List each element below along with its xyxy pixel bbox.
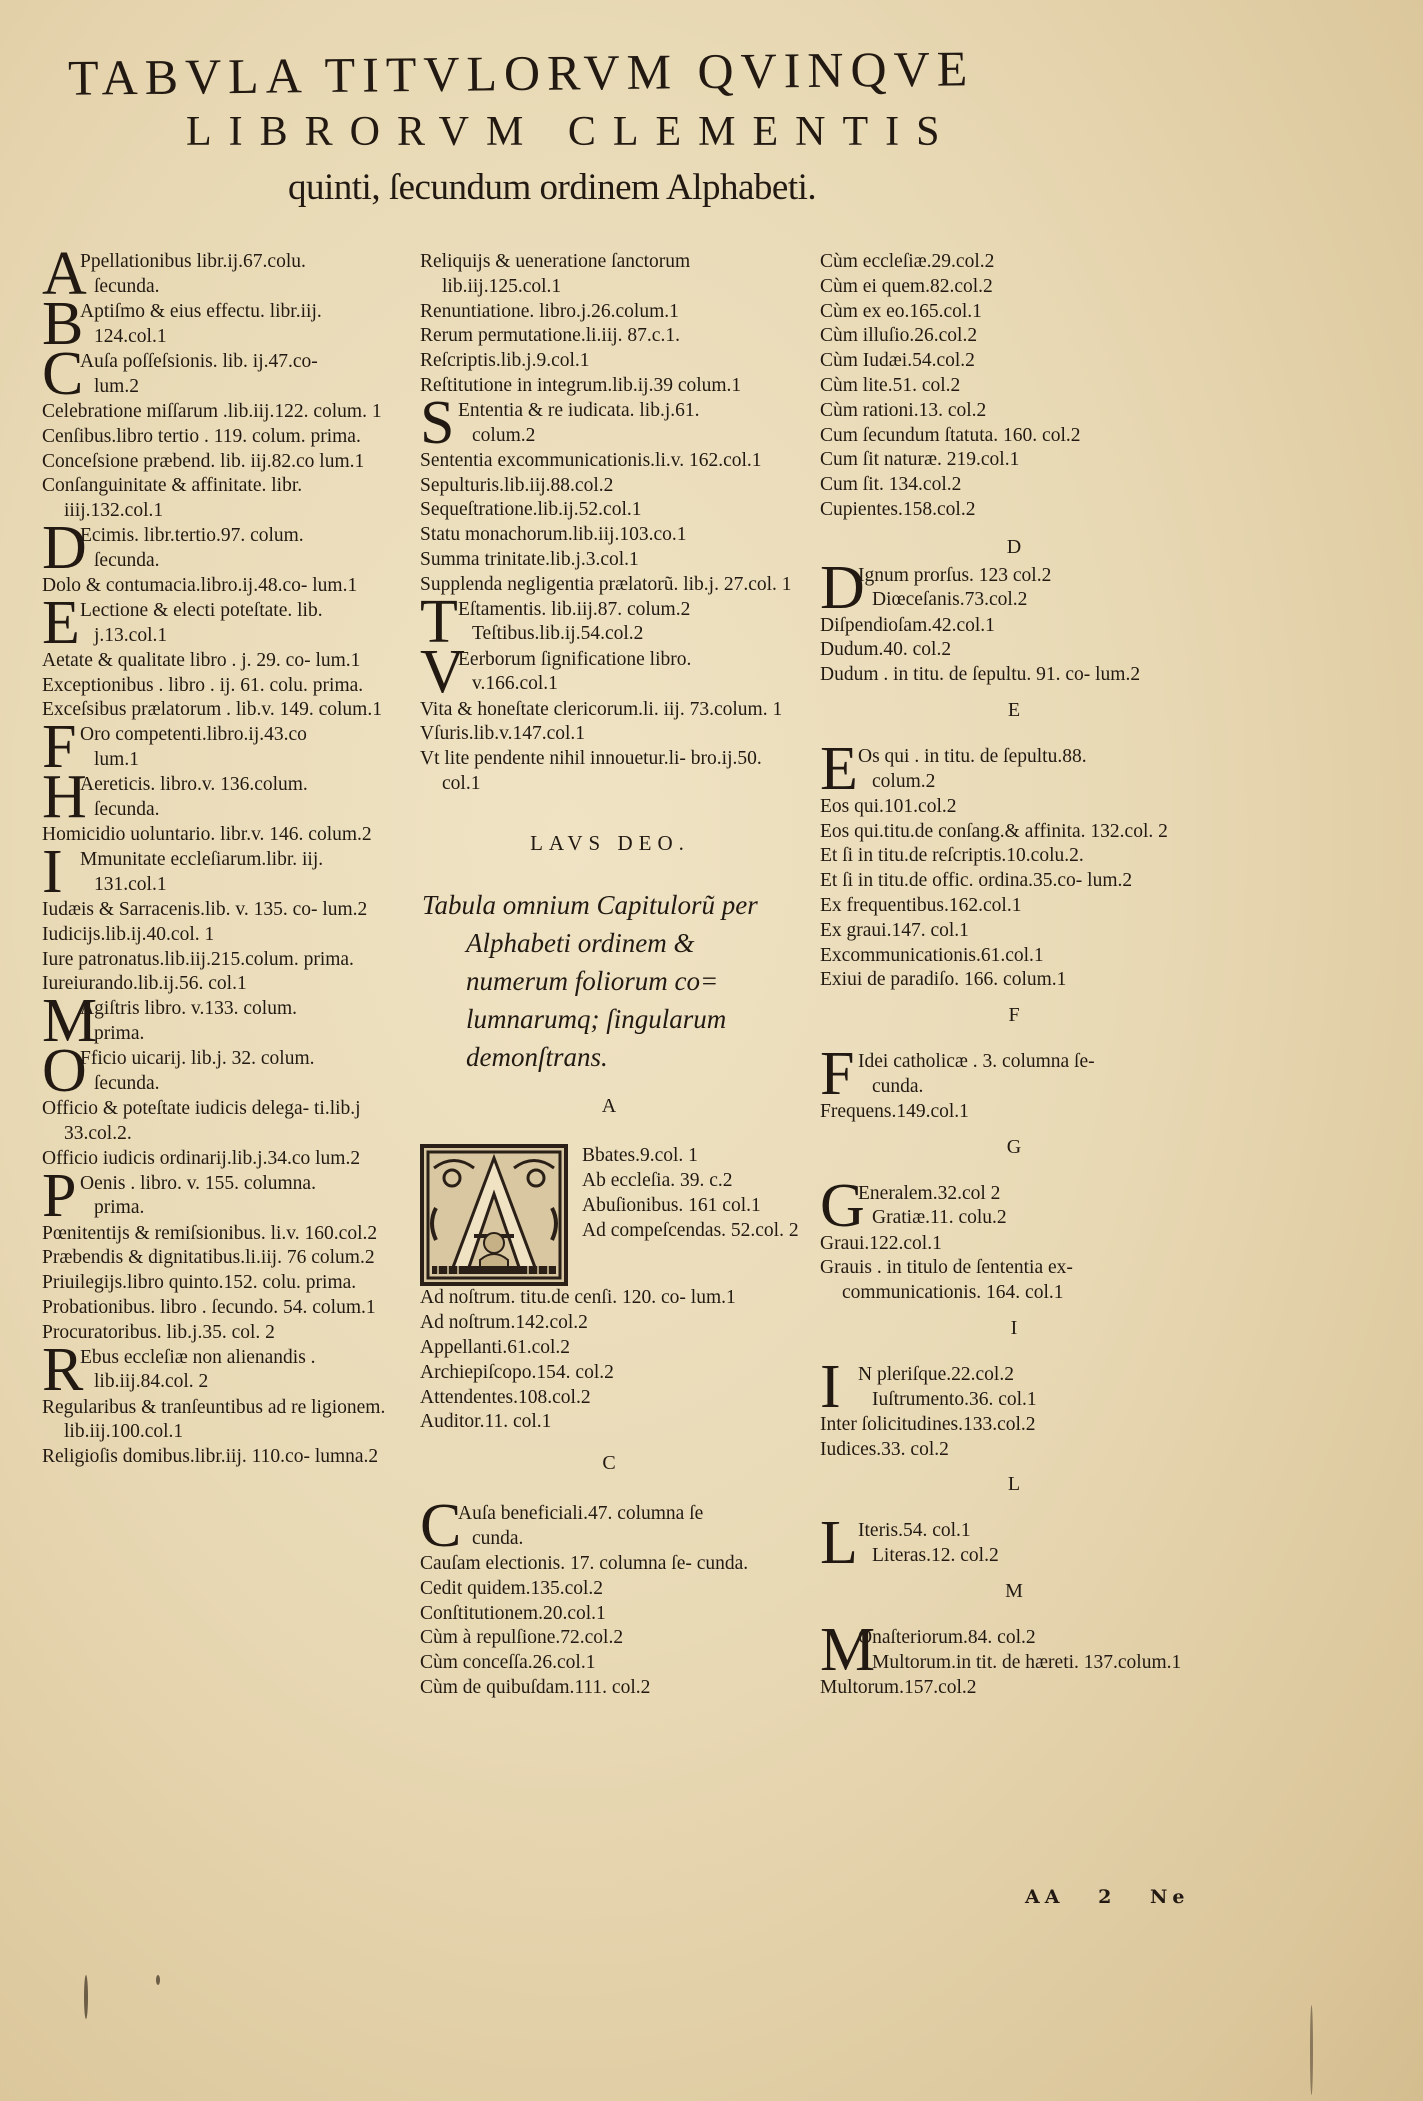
drop-cap-initial: R	[42, 1344, 83, 1396]
section-letter-e: E	[820, 698, 1210, 723]
entry-first-line: Eerborum ſignificatione libro.	[458, 649, 691, 670]
entry-first-line: Eſtamentis. lib.iij.87. colum.2	[458, 599, 690, 620]
drop-cap-initial: O	[42, 1045, 87, 1097]
entry-continuation: cunda.	[858, 1075, 1210, 1100]
index-entry-with-initial: MAgiſtris libro. v.133. colum.prima.	[42, 997, 402, 1047]
entry-first-line: Auſa beneficiali.47. columna ſe	[458, 1503, 703, 1524]
index-entry: Eos qui.101.col.2	[820, 795, 1210, 820]
index-entry: Graui.122.col.1	[820, 1232, 1210, 1257]
index-entry: Cùm conceſſa.26.col.1	[420, 1651, 800, 1676]
entry-continuation: Literas.12. col.2	[858, 1544, 1210, 1569]
index-entry: Iudæis & Sarracenis.lib. v. 135. co- lum…	[42, 898, 402, 923]
catchword: Ne	[1150, 1886, 1189, 1908]
entry-continuation: 131.col.1	[80, 873, 402, 898]
index-entry-with-initial: CAuſa poſſeſsionis. lib. ij.47.co-lum.2	[42, 350, 402, 400]
index-entry-with-initial: MOnaſteriorum.84. col.2Multorum.in tit. …	[820, 1626, 1210, 1676]
index-entry: Grauis . in titulo de ſententia ex- comm…	[820, 1256, 1210, 1306]
index-entry: Pœnitentijs & remiſsionibus. li.v. 160.c…	[42, 1222, 402, 1247]
section-letter-g: G	[820, 1135, 1210, 1160]
section-a-list: Ad noſtrum. titu.de cenſi. 120. co- lum.…	[420, 1286, 800, 1435]
index-entry: Diſpendioſam.42.col.1	[820, 614, 1210, 639]
entry-first-line: N pleriſque.22.col.2	[858, 1364, 1014, 1385]
entry-first-line: Os qui . in titu. de ſepultu.88.	[858, 746, 1087, 767]
entry-first-line: Iteris.54. col.1	[858, 1520, 971, 1541]
index-entry: Ex frequentibus.162.col.1	[820, 894, 1210, 919]
entry-first-line: Fficio uicarij. lib.j. 32. colum.	[80, 1048, 315, 1069]
index-column-1: APpellationibus libr.ij.67.colu.ſecunda.…	[42, 250, 402, 1470]
entry-continuation: ſecunda.	[80, 275, 402, 300]
index-entry: Multorum.157.col.2	[820, 1676, 1210, 1701]
index-entry: Officio & poteſtate iudicis delega- ti.l…	[42, 1097, 402, 1147]
index-entry: Regularibus & tranſeuntibus ad re ligion…	[42, 1396, 402, 1446]
index-entry: Archiepiſcopo.154. col.2	[420, 1361, 800, 1386]
entry-continuation: ſecunda.	[80, 549, 402, 574]
index-entry: Cum ſit. 134.col.2	[820, 473, 1210, 498]
entry-first-line: Oenis . libro. v. 155. columna.	[80, 1173, 316, 1194]
section-c-list: CAuſa beneficiali.47. columna ſecunda.Ca…	[420, 1502, 800, 1701]
drop-cap-initial: L	[820, 1517, 858, 1569]
index-entry: Excommunicationis.61.col.1	[820, 944, 1210, 969]
index-entry-with-initial: HAereticis. libro.v. 136.colum.ſecunda.	[42, 773, 402, 823]
index-entry: Præbendis & dignitatibus.li.iij. 76 colu…	[42, 1246, 402, 1271]
index-entry: Aetate & qualitate libro . j. 29. co- lu…	[42, 649, 402, 674]
index-entry: Et ſi in titu.de offic. ordina.35.co- lu…	[820, 869, 1210, 894]
entry-first-line: Ppellationibus libr.ij.67.colu.	[80, 251, 306, 272]
index-entry: Religioſis domibus.libr.iij. 110.co- lum…	[42, 1445, 402, 1470]
section-letter-d: D	[820, 535, 1210, 560]
entry-continuation: Multorum.in tit. de hæreti. 137.colum.1	[858, 1651, 1210, 1676]
index-entry-with-initial: IMmunitate eccleſiarum.libr. iij.131.col…	[42, 848, 402, 898]
index-entry: Inter ſolicitudines.133.col.2	[820, 1413, 1210, 1438]
index-entry: Cùm Iudæi.54.col.2	[820, 349, 1210, 374]
index-entry: Appellanti.61.col.2	[420, 1336, 800, 1361]
index-entry-with-initial: LIteris.54. col.1Literas.12. col.2	[820, 1519, 1210, 1569]
index-entry: Cùm ex eo.165.col.1	[820, 300, 1210, 325]
index-entry-with-initial: ELectione & electi poteſtate. lib.j.13.c…	[42, 599, 402, 649]
entry-first-line: Ebus eccleſiæ non alienandis .	[80, 1347, 316, 1368]
index-entry: Dudum . in titu. de ſepultu. 91. co- lum…	[820, 663, 1210, 688]
entry-continuation: prima.	[80, 1022, 402, 1047]
signature-aa2: AA 2	[1025, 1886, 1116, 1908]
index-entry-with-initial: EOs qui . in titu. de ſepultu.88.colum.2	[820, 745, 1210, 795]
entry-first-line: Oro competenti.libro.ij.43.co	[80, 724, 307, 745]
index-entry-with-initial: FIdei catholicæ . 3. columna ſe-cunda.	[820, 1050, 1210, 1100]
woodcut-initial-block: Bbates.9.col. 1Ab eccleſia. 39. c.2Abuſi…	[420, 1144, 800, 1286]
index-entry: Conceſsione præbend. lib. iij.82.co lum.…	[42, 450, 402, 475]
index-entry: Iure patronatus.lib.iij.215.colum. prima…	[42, 948, 402, 973]
drop-cap-initial: C	[420, 1500, 461, 1552]
entry-continuation: Diœceſanis.73.col.2	[858, 588, 1210, 613]
entry-continuation: prima.	[80, 1196, 402, 1221]
entry-continuation: lib.iij.84.col. 2	[80, 1370, 402, 1395]
index-column-3: Cùm eccleſiæ.29.col.2Cùm ei quem.82.col.…	[820, 250, 1210, 1701]
entry-first-line: Ecimis. libr.tertio.97. colum.	[80, 525, 304, 546]
book-page: TABVLA TITVLORVM QVINQVE LIBRORVM CLEMEN…	[0, 0, 1423, 2101]
entry-first-line: Ententia & re iudicata. lib.j.61.	[458, 400, 700, 421]
drop-cap-initial: G	[820, 1180, 865, 1232]
index-entry: Cùm de quibuſdam.111. col.2	[420, 1676, 800, 1701]
entry-first-line: Mmunitate eccleſiarum.libr. iij.	[80, 849, 323, 870]
index-entry: Exiui de paradiſo. 166. colum.1	[820, 968, 1210, 993]
index-entry: Dudum.40. col.2	[820, 638, 1210, 663]
index-entry-with-initial: FOro competenti.libro.ij.43.colum.1	[42, 723, 402, 773]
drop-cap-initial: M	[820, 1624, 875, 1676]
index-entry: Cum ſit naturæ. 219.col.1	[820, 448, 1210, 473]
entry-continuation: j.13.col.1	[80, 624, 402, 649]
section-letter-l: L	[820, 1472, 1210, 1497]
index-entry: Vt lite pendente nihil innouetur.li- bro…	[420, 747, 800, 797]
drop-cap-initial: C	[42, 348, 83, 400]
section-letter-m: M	[820, 1579, 1210, 1604]
entry-first-line: Eneralem.32.col 2	[858, 1183, 1000, 1204]
title-line-1: TABVLA TITVLORVM QVINQVE	[68, 39, 975, 106]
section-letter-i: I	[820, 1316, 1210, 1341]
drop-cap-initial: P	[42, 1170, 76, 1222]
index-entry: Sententia excommunicationis.li.v. 162.co…	[420, 449, 800, 474]
drop-cap-initial: V	[420, 646, 465, 698]
drop-cap-initial: F	[820, 1048, 854, 1100]
index-entry: Cùm lite.51. col.2	[820, 374, 1210, 399]
index-entry-with-initial: BAptiſmo & eius effectu. libr.iij.124.co…	[42, 300, 402, 350]
woodcut-initial-a-icon	[420, 1144, 568, 1286]
index-entry: Sepulturis.lib.iij.88.col.2	[420, 474, 800, 499]
index-entry: Vſuris.lib.v.147.col.1	[420, 722, 800, 747]
drop-cap-initial: D	[42, 522, 87, 574]
index-entry: Cùm eccleſiæ.29.col.2	[820, 250, 1210, 275]
closing-laus-deo: LAVS DEO.	[420, 831, 800, 856]
index-entry-with-initial: VEerborum ſignificatione libro.v.166.col…	[420, 648, 800, 698]
entry-continuation: lum.1	[80, 748, 402, 773]
index-entry: Ex graui.147. col.1	[820, 919, 1210, 944]
ink-mark	[84, 1975, 88, 2019]
index-entry: Cenſibus.libro tertio . 119. colum. prim…	[42, 425, 402, 450]
ornamental-letter-a-icon	[424, 1148, 564, 1282]
index-entry-with-initial: OFficio uicarij. lib.j. 32. colum.ſecund…	[42, 1047, 402, 1097]
index-entry: Cauſam electionis. 17. columna ſe- cunda…	[420, 1552, 800, 1577]
entry-continuation: Teſtibus.lib.ij.54.col.2	[458, 622, 800, 647]
index-entry: Sequeſtratione.lib.ij.52.col.1	[420, 498, 800, 523]
index-entry: Conſanguinitate & affinitate. libr. iiij…	[42, 474, 402, 524]
index-entry: Homicidio uoluntario. libr.v. 146. colum…	[42, 823, 402, 848]
entry-first-line: Agiſtris libro. v.133. colum.	[80, 998, 297, 1019]
index-entry: Procuratoribus. lib.j.35. col. 2	[42, 1321, 402, 1346]
entry-continuation: Iuſtrumento.36. col.1	[858, 1388, 1210, 1413]
index-entry: Abuſionibus. 161 col.1	[582, 1194, 799, 1219]
index-entry: Probationibus. libro . ſecundo. 54. colu…	[42, 1296, 402, 1321]
index-entry-with-initial: SEntentia & re iudicata. lib.j.61.colum.…	[420, 399, 800, 449]
index-entry: Cùm rationi.13. col.2	[820, 399, 1210, 424]
index-entry: Vita & honeſtate clericorum.li. iij. 73.…	[420, 698, 800, 723]
entry-first-line: Auſa poſſeſsionis. lib. ij.47.co-	[80, 351, 318, 372]
index-entry-with-initial: CAuſa beneficiali.47. columna ſecunda.	[420, 1502, 800, 1552]
index-entry-with-initial: TEſtamentis. lib.iij.87. colum.2Teſtibus…	[420, 598, 800, 648]
index-entry: Reſtitutione in integrum.lib.ij.39 colum…	[420, 374, 800, 399]
index-entry: Rerum permutatione.li.iij. 87.c.1.	[420, 324, 800, 349]
chapter-table-heading: Tabula omnium Capitulorũ per Alphabeti o…	[420, 886, 800, 1076]
index-entry: Ad noſtrum.142.col.2	[420, 1311, 800, 1336]
printer-signature-mark: AA 2 Ne	[1025, 1886, 1189, 1908]
index-entry: Cùm à repulſione.72.col.2	[420, 1626, 800, 1651]
drop-cap-initial: S	[420, 397, 454, 449]
index-entry: Ad compeſcendas. 52.col. 2	[582, 1219, 799, 1244]
entry-continuation: colum.2	[858, 770, 1210, 795]
entry-continuation: lum.2	[80, 375, 402, 400]
ink-mark	[156, 1975, 160, 1985]
index-entry: Conſtitutionem.20.col.1	[420, 1602, 800, 1627]
index-entry: Auditor.11. col.1	[420, 1410, 800, 1435]
index-entry: Dolo & contumacia.libro.ij.48.co- lum.1	[42, 574, 402, 599]
entry-continuation: v.166.col.1	[458, 672, 800, 697]
titles-list-continued: Reliquijs & ueneratione ſanctorum lib.ii…	[420, 250, 800, 797]
index-entry-with-initial: REbus eccleſiæ non alienandis .lib.iij.8…	[42, 1346, 402, 1396]
drop-cap-initial: E	[820, 743, 858, 795]
sections-d-to-m: DDIgnum prorſus. 123 col.2Diœceſanis.73.…	[820, 535, 1210, 1701]
entry-continuation: ſecunda.	[80, 1072, 402, 1097]
drop-cap-initial: H	[42, 771, 87, 823]
section-c-continued-list: Cùm eccleſiæ.29.col.2Cùm ei quem.82.col.…	[820, 250, 1210, 523]
index-entry: Cùm illuſio.26.col.2	[820, 324, 1210, 349]
woodcut-entries-list: Bbates.9.col. 1Ab eccleſia. 39. c.2Abuſi…	[582, 1144, 799, 1286]
index-entry: Cùm ei quem.82.col.2	[820, 275, 1210, 300]
section-letter-a: A	[420, 1094, 800, 1119]
ink-mark	[1310, 2005, 1313, 2095]
index-entry: Ad noſtrum. titu.de cenſi. 120. co- lum.…	[420, 1286, 800, 1311]
index-entry: Frequens.149.col.1	[820, 1100, 1210, 1125]
entry-continuation: colum.2	[458, 424, 800, 449]
entry-continuation: 124.col.1	[80, 325, 402, 350]
entry-first-line: Idei catholicæ . 3. columna ſe-	[858, 1051, 1095, 1072]
index-entry: Statu monachorum.lib.iij.103.co.1	[420, 523, 800, 548]
index-entry: Iudices.33. col.2	[820, 1438, 1210, 1463]
entry-first-line: Aptiſmo & eius effectu. libr.iij.	[80, 301, 322, 322]
section-letter-c: C	[420, 1451, 800, 1476]
index-entry: Reliquijs & ueneratione ſanctorum lib.ii…	[420, 250, 800, 300]
entry-continuation: ſecunda.	[80, 798, 402, 823]
drop-cap-initial: I	[820, 1361, 841, 1413]
index-entry: Iudicijs.lib.ij.40.col. 1	[42, 923, 402, 948]
drop-cap-initial: D	[820, 562, 865, 614]
index-entry: Celebratione miſſarum .lib.iij.122. colu…	[42, 400, 402, 425]
index-entry: Cedit quidem.135.col.2	[420, 1577, 800, 1602]
entry-continuation: Gratiæ.11. colu.2	[858, 1206, 1210, 1231]
index-entry: Supplenda negligentia prælatorũ. lib.j. …	[420, 573, 800, 598]
index-entry: Attendentes.108.col.2	[420, 1386, 800, 1411]
index-entry: Exceptionibus . libro . ij. 61. colu. pr…	[42, 674, 402, 699]
index-entry: Ab eccleſia. 39. c.2	[582, 1169, 799, 1194]
title-line-2: LIBRORVM CLEMENTIS	[186, 108, 956, 156]
title-line-3: quinti, ſecundum ordinem Alphabeti.	[288, 166, 816, 209]
index-entry-with-initial: DEcimis. libr.tertio.97. colum.ſecunda.	[42, 524, 402, 574]
index-entry-with-initial: POenis . libro. v. 155. columna.prima.	[42, 1172, 402, 1222]
index-column-2: Reliquijs & ueneratione ſanctorum lib.ii…	[420, 250, 800, 1701]
index-entry: Officio iudicis ordinarij.lib.j.34.co lu…	[42, 1147, 402, 1172]
section-letter-f: F	[820, 1003, 1210, 1028]
index-entry: Priuilegijs.libro quinto.152. colu. prim…	[42, 1271, 402, 1296]
index-entry: Renuntiatione. libro.j.26.colum.1	[420, 300, 800, 325]
entry-first-line: Lectione & electi poteſtate. lib.	[80, 600, 323, 621]
index-entry: Exceſsibus prælatorum . lib.v. 149. colu…	[42, 698, 402, 723]
drop-cap-initial: I	[42, 846, 63, 898]
index-entry-with-initial: GEneralem.32.col 2Gratiæ.11. colu.2	[820, 1182, 1210, 1232]
index-entry: Bbates.9.col. 1	[582, 1144, 799, 1169]
entry-first-line: Ignum prorſus. 123 col.2	[858, 565, 1051, 586]
index-entry: Summa trinitate.lib.j.3.col.1	[420, 548, 800, 573]
entry-first-line: Aereticis. libro.v. 136.colum.	[80, 774, 308, 795]
index-entry-with-initial: APpellationibus libr.ij.67.colu.ſecunda.	[42, 250, 402, 300]
drop-cap-initial: E	[42, 597, 80, 649]
entry-continuation: cunda.	[458, 1527, 800, 1552]
index-entry: Cum ſecundum ſtatuta. 160. col.2	[820, 424, 1210, 449]
index-entry: Eos qui.titu.de conſang.& affinita. 132.…	[820, 820, 1210, 845]
index-entry-with-initial: DIgnum prorſus. 123 col.2Diœceſanis.73.c…	[820, 564, 1210, 614]
index-entry: Reſcriptis.lib.j.9.col.1	[420, 349, 800, 374]
index-entry: Et ſi in titu.de reſcriptis.10.colu.2.	[820, 844, 1210, 869]
index-entry-with-initial: IN pleriſque.22.col.2Iuſtrumento.36. col…	[820, 1363, 1210, 1413]
entry-first-line: Onaſteriorum.84. col.2	[858, 1627, 1036, 1648]
index-entry: Cupientes.158.col.2	[820, 498, 1210, 523]
